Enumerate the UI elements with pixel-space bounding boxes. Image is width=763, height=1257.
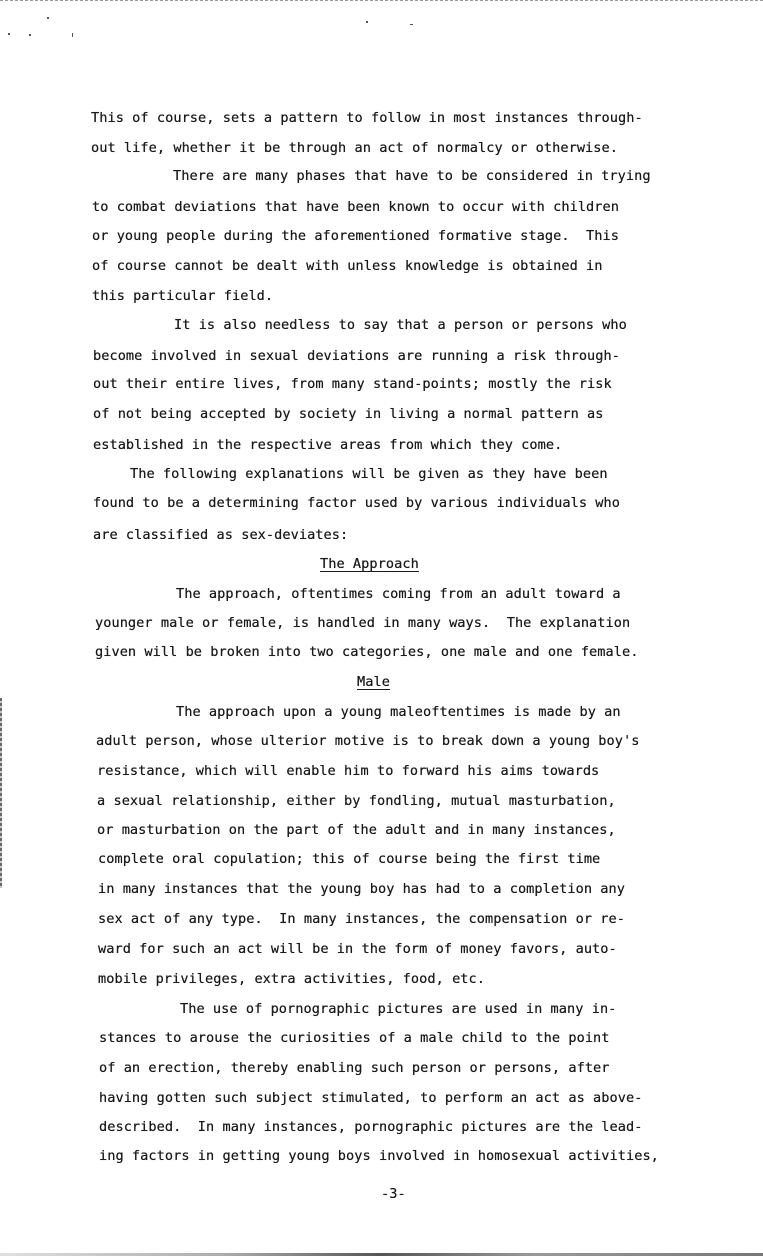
body-text-line: complete oral copulation; this of course…	[98, 851, 600, 867]
body-text-line: of course cannot be dealt with unless kn…	[92, 258, 603, 274]
body-text-line: described. In many instances, pornograph…	[99, 1119, 642, 1135]
body-text-line: of an erection, thereby enabling such pe…	[99, 1060, 610, 1076]
body-text-line: younger male or female, is handled in ma…	[95, 615, 630, 631]
body-text-line: The use of pornographic pictures are use…	[180, 1001, 616, 1017]
body-text-line: ward for such an act will be in the form…	[98, 941, 617, 957]
body-text-line: are classified as sex-deviates:	[93, 527, 348, 543]
body-text-line: sex act of any type. In many instances, …	[98, 911, 625, 927]
section-heading-approach: The Approach	[320, 556, 419, 572]
page-number: -3-	[381, 1186, 406, 1202]
body-text-line: out their entire lives, from many stand-…	[93, 376, 612, 392]
body-text-line: mobile privileges, extra activities, foo…	[98, 971, 485, 987]
section-heading-male: Male	[357, 674, 390, 690]
body-text-line: given will be broken into two categories…	[95, 644, 638, 660]
body-text-line: in many instances that the young boy has…	[98, 881, 625, 897]
body-text-line: There are many phases that have to be co…	[173, 168, 651, 184]
body-text-line: this particular field.	[92, 288, 273, 304]
body-text-line: resistance, which will enable him to for…	[97, 763, 599, 779]
body-text-line: It is also needless to say that a person…	[174, 317, 627, 333]
body-text-line: found to be a determining factor used by…	[93, 495, 620, 511]
body-text-line: a sexual relationship, either by fondlin…	[97, 793, 616, 809]
body-text-line: or masturbation on the part of the adult…	[97, 822, 616, 838]
body-text-line: of not being accepted by society in livi…	[93, 406, 604, 422]
body-text-line: ing factors in getting young boys involv…	[99, 1148, 659, 1164]
body-text-line: This of course, sets a pattern to follow…	[91, 110, 643, 126]
body-text-line: to combat deviations that have been know…	[92, 199, 619, 215]
body-text-line: The approach, oftentimes coming from an …	[176, 586, 621, 602]
body-text-line: stances to arouse the curiosities of a m…	[99, 1030, 610, 1046]
body-text-line: having gotten such subject stimulated, t…	[99, 1090, 642, 1106]
body-text-line: out life, whether it be through an act o…	[91, 140, 618, 156]
body-text-line: The approach upon a young maleoftentimes…	[176, 704, 621, 720]
document-page: This of course, sets a pattern to follow…	[0, 0, 763, 1257]
body-text-line: adult person, whose ulterior motive is t…	[96, 733, 639, 749]
body-text-line: become involved in sexual deviations are…	[93, 348, 620, 364]
body-text-line: The following explanations will be given…	[130, 466, 608, 482]
body-text-line: established in the respective areas from…	[93, 437, 562, 453]
body-text-line: or young people during the aforementione…	[92, 228, 619, 244]
